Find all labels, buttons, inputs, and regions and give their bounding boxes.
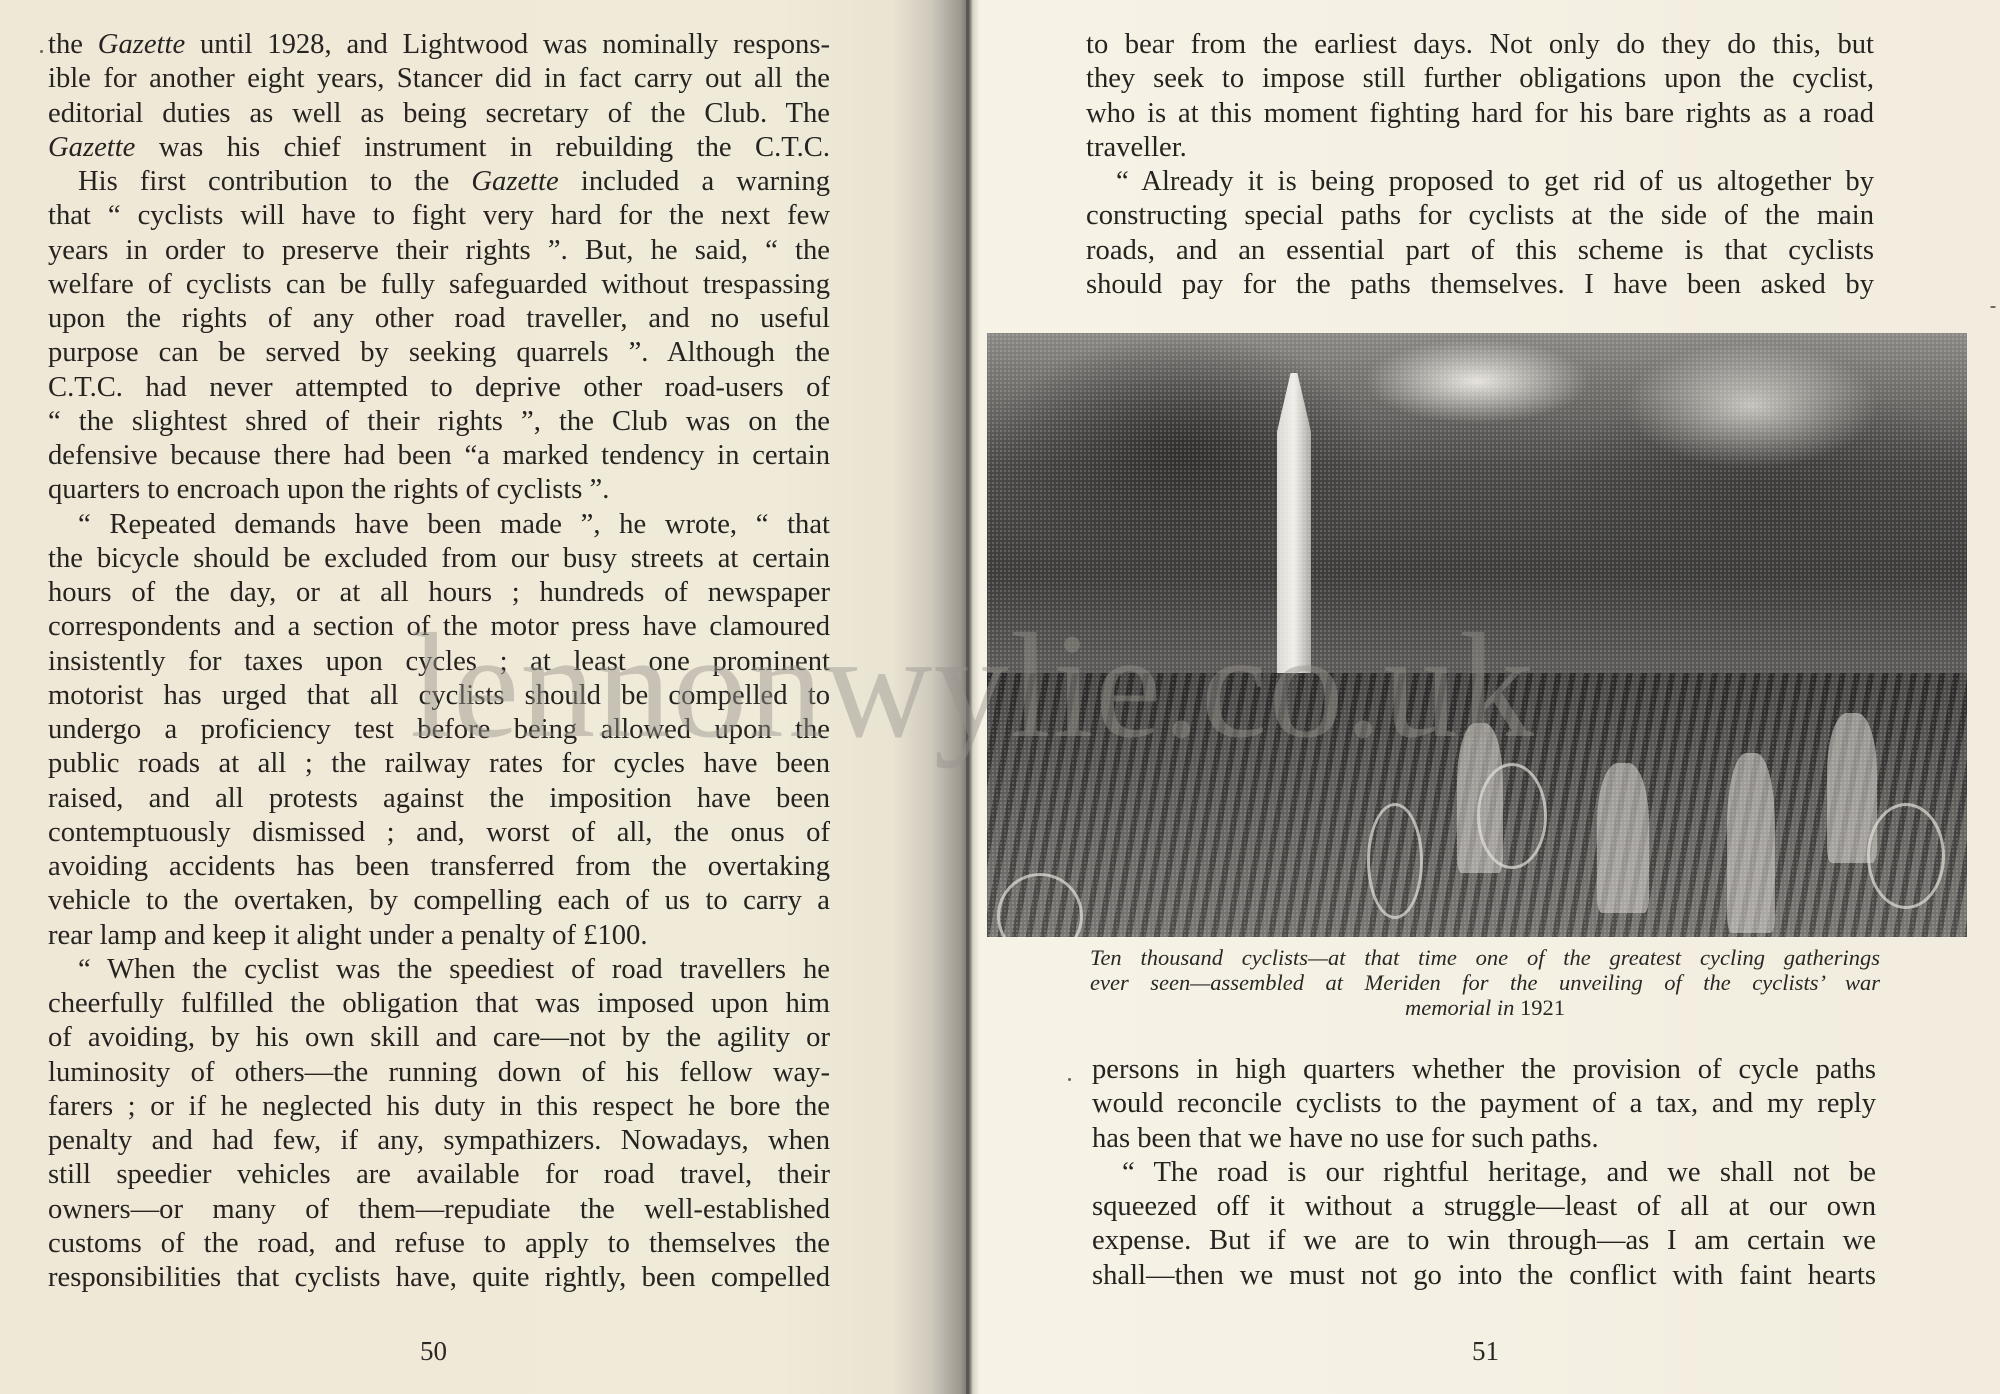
paper-speck bbox=[1068, 1078, 1071, 1081]
text-line: welfare of cyclists can be fully safegua… bbox=[48, 268, 830, 302]
text-line: “ The road is our rightful heritage, and… bbox=[1092, 1156, 1876, 1190]
paper-speck bbox=[1990, 306, 1996, 308]
text-line: “ Already it is being proposed to get ri… bbox=[1086, 165, 1874, 199]
italic-title: Gazette bbox=[48, 132, 135, 163]
text-line: defensive because there had been “a mark… bbox=[48, 439, 830, 473]
text-line: constructing special paths for cyclists … bbox=[1086, 199, 1874, 233]
text-line: Gazette was his chief instrument in rebu… bbox=[48, 131, 830, 165]
text-line: has been that we have no use for such pa… bbox=[1092, 1122, 1876, 1156]
text-line: years in order to preserve their rights … bbox=[48, 234, 830, 268]
text-line: squeezed off it without a struggle—least… bbox=[1092, 1190, 1876, 1224]
figure bbox=[1827, 713, 1877, 863]
page-number-left: 50 bbox=[420, 1336, 447, 1367]
caption-text: memorial in bbox=[1405, 995, 1520, 1020]
text-line: ible for another eight years, Stancer di… bbox=[48, 62, 830, 96]
italic-title: Gazette bbox=[471, 166, 558, 197]
book-gutter bbox=[966, 0, 969, 1394]
text-line: that “ cyclists will have to fight very … bbox=[48, 199, 830, 233]
text-line: shall—then we must not go into the confl… bbox=[1092, 1259, 1876, 1293]
text-line: persons in high quarters whether the pro… bbox=[1092, 1053, 1876, 1087]
text-line: vehicle to the overtaken, by compelling … bbox=[48, 884, 830, 918]
text-run: until 1928, and Lightwood was nominally … bbox=[185, 29, 830, 60]
caption-year: 1921 bbox=[1520, 995, 1565, 1020]
text-line: of avoiding, by his own skill and care—n… bbox=[48, 1021, 830, 1055]
caption-line: memorial in 1921 bbox=[1090, 995, 1880, 1020]
text-line: “ Repeated demands have been made ”, he … bbox=[48, 508, 830, 542]
text-line: insistently for taxes upon cycles ; at l… bbox=[48, 645, 830, 679]
text-line: “ When the cyclist was the speediest of … bbox=[48, 953, 830, 987]
text-line: penalty and had few, if any, sympathizer… bbox=[48, 1124, 830, 1158]
text-line: “ the slightest shred of their rights ”,… bbox=[48, 405, 830, 439]
text-line: roads, and an essential part of this sch… bbox=[1086, 234, 1874, 268]
text-line: should pay for the paths themselves. I h… bbox=[1086, 268, 1874, 302]
text-line: farers ; or if he neglected his duty in … bbox=[48, 1090, 830, 1124]
figure bbox=[1597, 763, 1649, 913]
text-line: quarters to encroach upon the rights of … bbox=[48, 473, 830, 507]
text-line: contemptuously dismissed ; and, worst of… bbox=[48, 816, 830, 850]
page-number-right: 51 bbox=[1472, 1336, 1499, 1367]
text-line: purpose can be served by seeking quarrel… bbox=[48, 336, 830, 370]
photo-caption: Ten thousand cyclists—at that time one o… bbox=[1090, 945, 1880, 1020]
text-line: His first contribution to the Gazette in… bbox=[48, 165, 830, 199]
text-line: to bear from the earliest days. Not only… bbox=[1086, 28, 1874, 62]
figure bbox=[1457, 723, 1503, 873]
paper-speck bbox=[40, 50, 43, 53]
figure bbox=[1727, 753, 1775, 933]
caption-line: Ten thousand cyclists—at that time one o… bbox=[1090, 945, 1880, 970]
right-page-body-text-bottom: persons in high quarters whether the pro… bbox=[1092, 1053, 1876, 1293]
text-line: upon the rights of any other road travel… bbox=[48, 302, 830, 336]
text-line: traveller. bbox=[1086, 131, 1874, 165]
obelisk-memorial bbox=[1277, 373, 1311, 863]
text-line: still speedier vehicles are available fo… bbox=[48, 1158, 830, 1192]
bicycle-wheel bbox=[1367, 803, 1423, 919]
text-run: His first contribution to the bbox=[78, 166, 471, 197]
text-line: would reconcile cyclists to the payment … bbox=[1092, 1087, 1876, 1121]
text-line: raised, and all protests against the imp… bbox=[48, 782, 830, 816]
text-line: correspondents and a section of the moto… bbox=[48, 610, 830, 644]
text-line: luminosity of others—the running down of… bbox=[48, 1056, 830, 1090]
text-line: motorist has urged that all cyclists sho… bbox=[48, 679, 830, 713]
crowd bbox=[987, 673, 1967, 937]
text-line: the Gazette until 1928, and Lightwood wa… bbox=[48, 28, 830, 62]
text-line: hours of the day, or at all hours ; hund… bbox=[48, 576, 830, 610]
text-line: who is at this moment fighting hard for … bbox=[1086, 97, 1874, 131]
text-line: C.T.C. had never attempted to deprive ot… bbox=[48, 371, 830, 405]
bicycle-wheel bbox=[1867, 803, 1945, 909]
text-run: was his chief instrument in rebuilding t… bbox=[135, 132, 830, 163]
text-line: editorial duties as well as being secret… bbox=[48, 97, 830, 131]
text-line: cheerfully fulfilled the obligation that… bbox=[48, 987, 830, 1021]
bicycle-wheel bbox=[1477, 763, 1547, 869]
text-line: avoiding accidents has been transferred … bbox=[48, 850, 830, 884]
bicycle-wheel bbox=[997, 873, 1083, 937]
text-run: the bbox=[48, 29, 98, 60]
text-line: the bicycle should be excluded from our … bbox=[48, 542, 830, 576]
left-page-body-text: the Gazette until 1928, and Lightwood wa… bbox=[48, 28, 830, 1295]
text-line: customs of the road, and refuse to apply… bbox=[48, 1227, 830, 1261]
text-line: undergo a proficiency test before being … bbox=[48, 713, 830, 747]
text-line: owners—or many of them—repudiate the wel… bbox=[48, 1193, 830, 1227]
right-page-body-text-top: to bear from the earliest days. Not only… bbox=[1086, 28, 1874, 302]
italic-title: Gazette bbox=[98, 29, 185, 60]
caption-line: ever seen—assembled at Meriden for the u… bbox=[1090, 970, 1880, 995]
text-line: rear lamp and keep it alight under a pen… bbox=[48, 919, 830, 953]
text-line: public roads at all ; the railway rates … bbox=[48, 747, 830, 781]
text-run: included a warning bbox=[559, 166, 830, 197]
photo-meriden-cyclists-gathering bbox=[987, 333, 1967, 937]
text-line: they seek to impose still further obliga… bbox=[1086, 62, 1874, 96]
text-line: responsibilities that cyclists have, qui… bbox=[48, 1261, 830, 1295]
text-line: expense. But if we are to win through—as… bbox=[1092, 1224, 1876, 1258]
